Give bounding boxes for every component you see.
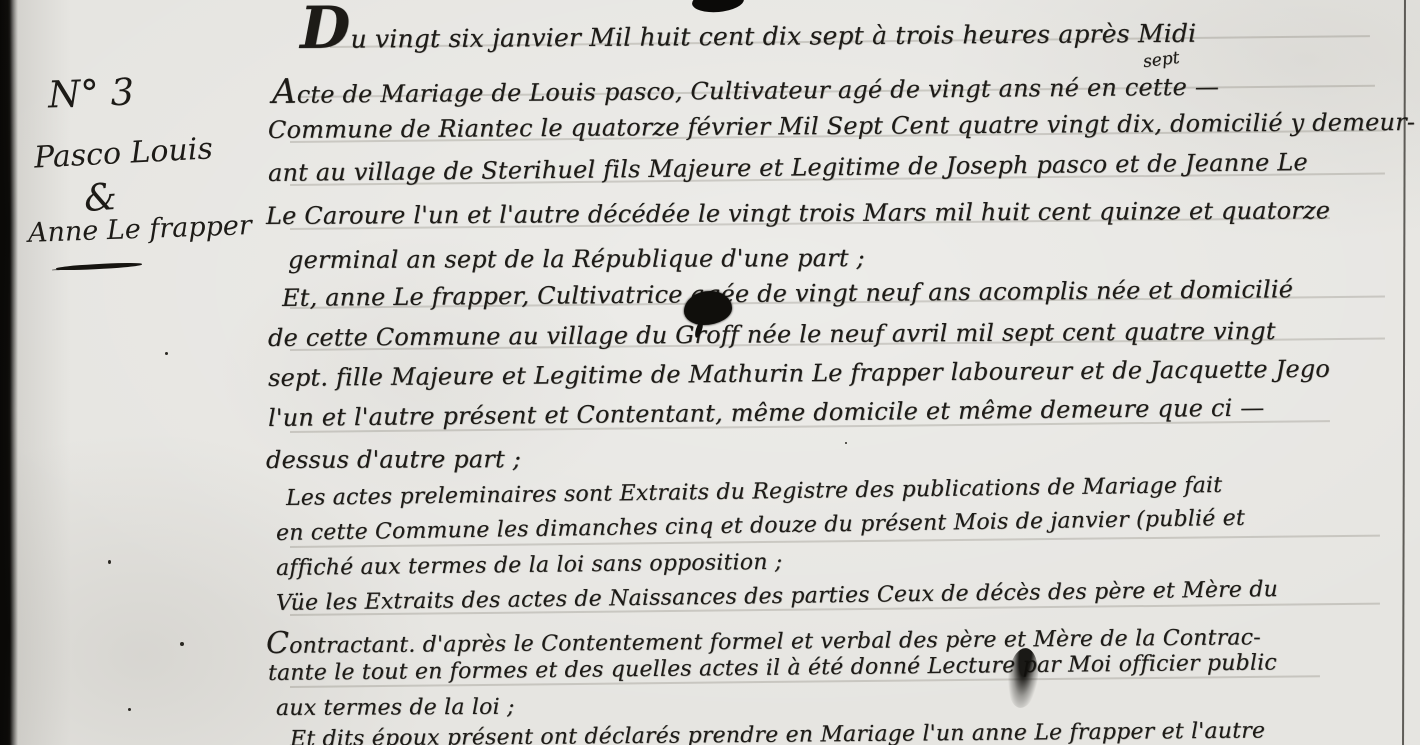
- manuscript-line: dessus d'autre part ;: [266, 445, 521, 474]
- manuscript-line: aux termes de la loi ;: [276, 695, 515, 721]
- manuscript-line: Et, anne Le frapper, Cultivatrice agée d…: [282, 275, 1293, 312]
- manuscript-line: Les actes preleminaires sont Extraits du…: [286, 473, 1223, 511]
- margin-groom-name: Pasco Louis: [33, 131, 213, 175]
- manuscript-line: Acte de Mariage de Louis pasco, Cultivat…: [272, 64, 1219, 112]
- paper-speck: [108, 560, 111, 564]
- margin-bride-name: Anne Le frapper: [28, 210, 253, 249]
- book-binding-edge: [0, 0, 18, 745]
- manuscript-line: Du vingt six janvier Mil huit cent dix s…: [300, 12, 1197, 54]
- paper-speck: [845, 442, 847, 444]
- margin-flourish-stroke: [56, 262, 142, 271]
- margin-record-number: N° 3: [47, 71, 135, 117]
- manuscript-line: en cette Commune les dimanches cinq et d…: [276, 506, 1245, 546]
- manuscript-line: de cette Commune au village du Groff née…: [268, 317, 1276, 352]
- paper-speck: [436, 338, 438, 341]
- manuscript-line: ant au village de Sterihuel fils Majeure…: [268, 148, 1308, 187]
- manuscript-line: affiché aux termes de la loi sans opposi…: [276, 550, 783, 581]
- manuscript-line: Et dits époux présent ont déclarés prend…: [290, 718, 1265, 745]
- ink-blot-top-edge: [691, 0, 745, 14]
- paper-speck: [165, 352, 168, 355]
- manuscript-line: Commune de Riantec le quatorze février M…: [268, 108, 1415, 144]
- manuscript-line: germinal an sept de la République d'une …: [288, 244, 865, 274]
- manuscript-page: N° 3 Pasco Louis & Anne Le frapper Du vi…: [0, 0, 1420, 745]
- manuscript-line: sept. fille Majeure et Legitime de Mathu…: [268, 355, 1330, 392]
- manuscript-line: Le Caroure l'un et l'autre décédée le vi…: [266, 196, 1330, 230]
- manuscript-line: l'un et l'autre présent et Contentant, m…: [268, 394, 1265, 432]
- paper-speck: [128, 708, 131, 711]
- paper-speck: [180, 642, 184, 646]
- margin-ampersand: &: [83, 175, 119, 220]
